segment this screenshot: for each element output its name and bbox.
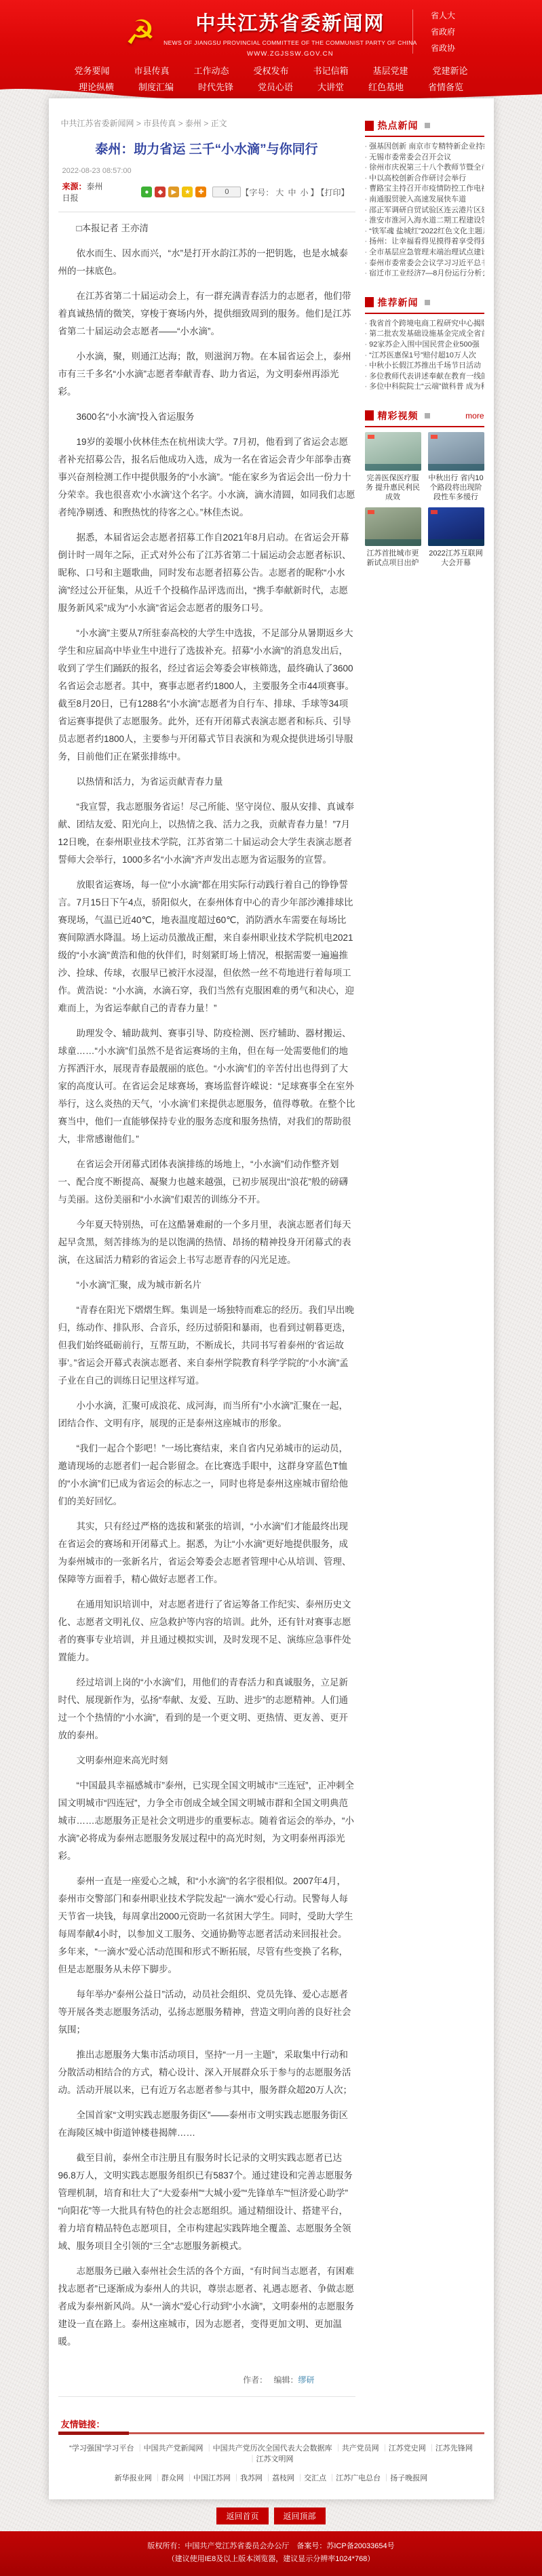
party-emblem-icon: ☭ xyxy=(125,13,155,52)
friend-link[interactable]: 我苏网 xyxy=(233,2474,263,2482)
hot-news-item[interactable]: 淮安市淮河入海水道二期工程建设领导小组第一次 xyxy=(365,216,484,227)
share-icon[interactable]: ▶ xyxy=(168,187,179,197)
breadcrumb-item[interactable]: 中共江苏省委新闻网 xyxy=(61,119,134,128)
article-paragraph: 依水而生、因水而兴，“水”是打开水韵江苏的一把钥匙，也是水城泰州的一抹底色。 xyxy=(58,245,355,280)
article-paragraph: 据悉，本届省运会志愿者招募工作自2021年8月启动。在省运会开幕倒计时一周年之际… xyxy=(58,529,355,617)
article-paragraph: 全国首家“文明实践志愿服务街区”——泰州市文明实践志愿服务街区在海陵区城中街道钟… xyxy=(58,2107,355,2142)
recommended-news-item[interactable]: 多位中科院院士“云端”做科普 成为科普领域新 xyxy=(365,382,484,393)
article-paragraph: 在江苏省第二十届运动会上，有一群充满青春活力的志愿者，他们带着真诚热情的微笑，穿… xyxy=(58,288,355,340)
site-url: WWW.ZGJSSW.GOV.CN xyxy=(163,50,417,58)
video-thumbnail[interactable] xyxy=(428,432,484,471)
nav-item[interactable]: 省情备览 xyxy=(428,80,463,93)
share-icon[interactable]: ★ xyxy=(182,187,193,197)
video-card[interactable]: 完善医保医疗服务 提升惠民利民成效 xyxy=(365,432,421,502)
nav-item[interactable]: 党建新论 xyxy=(433,64,468,77)
section-square-icon xyxy=(425,300,430,305)
article-meta: 来源：泰州日报 ● ◆ ▶ ★ ✚ 0 【字号：大中小】【打印】 xyxy=(62,180,351,203)
recommended-news-item[interactable]: 92家苏企入围中国民营企业500强 xyxy=(365,340,484,351)
video-grid: 完善医保医疗服务 提升惠民利民成效 中秋出行 省内10个路段将出现阶段性车多缓行… xyxy=(365,432,484,568)
hot-news-item[interactable]: 邵正军调研自贸试验区连云港片区建设工作 xyxy=(365,206,484,216)
hot-news-item[interactable]: 强基因创新 南京市专精特新企业持续涌现 xyxy=(365,142,484,153)
hot-news-item[interactable]: 全市基层应急管理末端治理试点建设推广部署会召 xyxy=(365,248,484,258)
nav-row-1: 党务要闻 市县传真 工作动态 受权发布 书记信箱 基层党建 党建新论 xyxy=(0,64,542,77)
video-thumbnail[interactable] xyxy=(365,432,421,471)
sidebar: 热点新闻 强基因创新 南京市专精特新企业持续涌现 无锡市委常委会召开会议 徐州市… xyxy=(365,102,484,2415)
fontsize-option[interactable]: 中 xyxy=(286,188,298,197)
section-square-icon xyxy=(425,413,430,418)
article-paragraph: 以热情和活力，为省运贡献青春力量 xyxy=(58,773,355,791)
friend-links-section: 友情链接： “学习强国”学习平台 中国共产党新闻网 中国共产党历次全国代表大会数… xyxy=(58,2417,484,2493)
friend-link[interactable]: 中国江苏网 xyxy=(186,2474,231,2482)
friend-links-row-1: “学习强国”学习平台 中国共产党新闻网 中国共产党历次全国代表大会数据库 共产党… xyxy=(58,2442,484,2464)
article-paragraph: 经过培训上岗的“小水滴”们，用他们的青春活力和真诚服务，立足新时代、展现新作为，… xyxy=(58,1674,355,1744)
section-square-icon xyxy=(425,123,430,128)
article-paragraph: 在省运会开闭幕式团体表演排练的场地上，“小水滴”们动作整齐划一、配合度不断提高、… xyxy=(58,1156,355,1209)
site-header: ☭ 中共江苏省委新闻网 NEWS OF JIANGSU PROVINCIAL C… xyxy=(0,0,542,84)
fontsize-suffix: 】 xyxy=(310,188,318,197)
back-buttons: 返回首页 返回顶部 xyxy=(0,2507,542,2524)
article-paragraph: 放眼省运赛场，每一位“小水滴”都在用实际行动践行着自己的铮铮誓言。7月15日下午… xyxy=(58,876,355,1017)
recommended-news-item[interactable]: 第二批农发基础设施基金完成全省首笔投放 xyxy=(365,329,484,340)
fontsize-controls: 【字号：大中小】【打印】 xyxy=(241,187,351,198)
article-paragraph: “中国最具幸福感城市”泰州，已实现全国文明城市“三连冠”，正冲刺全国文明城市“四… xyxy=(58,1777,355,1865)
hot-news-item[interactable]: 南通服贸驶入高速发展快车道 xyxy=(365,195,484,206)
recommended-news-item[interactable]: “江苏医惠保1号”赔付超10万人次 xyxy=(365,351,484,362)
nav-item[interactable]: 时代先锋 xyxy=(198,80,233,93)
hot-news-item[interactable]: 扬州：让幸福看得见摸得着享受得到 xyxy=(365,237,484,248)
hot-news-title: 热点新闻 xyxy=(378,119,419,132)
nav-item[interactable]: 受权发布 xyxy=(253,64,288,77)
nav-item[interactable]: 制度汇编 xyxy=(138,80,174,93)
nav-row-2: 理论纵横 制度汇编 时代先锋 党员心语 大讲堂 红色基地 省情备览 xyxy=(0,80,542,93)
section-bar-icon xyxy=(365,410,374,421)
article-paragraph: 今年夏天特别热，可在这酷暑难耐的一个多月里，表演志愿者们每天起早贪黑，刻苦排练为… xyxy=(58,1216,355,1269)
site-footer: 版权所有：中国共产党江苏省委员会办公厅 备案号：苏ICP备20033654号 （… xyxy=(0,2531,542,2576)
site-subtitle: NEWS OF JIANGSU PROVINCIAL COMMITTEE OF … xyxy=(163,39,417,46)
copyright-line: 版权所有：中国共产党江苏省委员会办公厅 备案号：苏ICP备20033654号 xyxy=(0,2540,542,2553)
article-end-divider xyxy=(58,2396,355,2397)
comment-counter[interactable]: 0 xyxy=(212,187,241,197)
recommended-news-title: 推荐新闻 xyxy=(378,296,419,309)
video-more-link[interactable]: more xyxy=(465,411,484,421)
friend-links-label: 友情链接： xyxy=(61,2417,484,2430)
share-icon[interactable]: ● xyxy=(141,187,152,197)
gov-link[interactable]: 省政协 xyxy=(431,42,455,54)
article-paragraph: “我宣誓，我志愿服务省运！尽己所能、坚守岗位、服从安排、真诚奉献、团结友爱、阳光… xyxy=(58,798,355,869)
article-paragraph: 志愿服务已融入泰州社会生活的各个方面，“有时间当志愿者，有困难找志愿者”已逐渐成… xyxy=(58,2263,355,2351)
nav-item[interactable]: 市县传真 xyxy=(134,64,169,77)
hot-news-item[interactable]: “铁军魂 盐城红”2022红色文化主题月活动发布 xyxy=(365,227,484,237)
page-title: 泰州：助力省运 三千“小水滴”与你同行 xyxy=(62,141,351,159)
back-button[interactable]: 返回首页 xyxy=(216,2507,268,2524)
friend-link[interactable]: 江苏先锋网 xyxy=(428,2444,473,2453)
recommended-news-item[interactable]: 我省首个跨境电商工程研究中心揭牌 xyxy=(365,319,484,330)
editor-name[interactable]: 缪研 xyxy=(298,2375,314,2385)
article-paragraph: 助理发令、辅助裁判、赛事引导、防疫检测、医疗辅助、器材搬运、球童……“小水滴”们… xyxy=(58,1025,355,1148)
friend-links-rule xyxy=(58,2432,484,2434)
share-icons: ● ◆ ▶ ★ ✚ 0 xyxy=(141,187,241,197)
fontsize-option[interactable]: 小 xyxy=(298,188,310,197)
video-card[interactable]: 江苏首批城市更新试点项目出炉 xyxy=(365,507,421,568)
article-paragraph: 其实，只有经过严格的选拔和紧张的培训，“小水滴”们才能最终出现在省运会的赛场和开… xyxy=(58,1518,355,1588)
hot-news-item[interactable]: 泰州市委常委会会议学习习近平总书记近期重要讲 xyxy=(365,258,484,269)
section-bar-icon xyxy=(365,297,374,307)
article-paragraph: “小水滴”主要从7所驻泰高校的大学生中选拔，不足部分从暑期返乡大学生和应届高中毕… xyxy=(58,625,355,766)
video-thumbnail[interactable] xyxy=(428,507,484,546)
source-label: 来源： xyxy=(62,182,87,191)
print-button[interactable]: 【打印】 xyxy=(318,188,351,197)
gov-link[interactable]: 省政府 xyxy=(431,26,455,37)
article-paragraph: 在通用知识培训中，对志愿者进行了省运筹备工作纪实、泰州历史文化、志愿者文明礼仪、… xyxy=(58,1596,355,1666)
back-button[interactable]: 返回顶部 xyxy=(274,2507,326,2524)
hot-news-section: 热点新闻 强基因创新 南京市专精特新企业持续涌现 无锡市委常委会召开会议 徐州市… xyxy=(365,119,484,279)
video-caption: 2022江苏互联网大会开幕 xyxy=(428,549,484,568)
friend-link[interactable]: 中国共产党历次全国代表大会数据库 xyxy=(206,2444,332,2453)
hot-news-item[interactable]: 无锡市委常委会召开会议 xyxy=(365,153,484,163)
breadcrumb-item[interactable]: 泰州 xyxy=(178,119,201,128)
article-paragraph: “小水滴”汇聚，成为城市新名片 xyxy=(58,1276,355,1294)
article-paragraph: 每年举办“泰州公益日”活动，动员社会组织、党员先锋、爱心志愿者等开展各类志愿服务… xyxy=(58,1986,355,2039)
nav-item[interactable]: 党务要闻 xyxy=(74,64,109,77)
article-paragraph: 3600名“小水滴”投入省运服务 xyxy=(58,408,355,426)
video-caption: 完善医保医疗服务 提升惠民利民成效 xyxy=(365,473,421,502)
video-thumbnail[interactable] xyxy=(365,507,421,546)
article-body: □本报记者 王亦清 依水而生、因水而兴，“水”是打开水韵江苏的一把钥匙，也是水城… xyxy=(58,220,355,2351)
breadcrumb: 中共江苏省委新闻网 市县传真 泰州 正文 xyxy=(61,117,355,129)
recommended-news-item[interactable]: 多位教师代表讲述奉献在教育一线的动人故事 xyxy=(365,372,484,383)
gov-link[interactable]: 省人大 xyxy=(431,9,455,21)
fontsize-option[interactable]: 大 xyxy=(273,188,286,197)
friend-link[interactable]: 江苏文明网 xyxy=(249,2455,294,2463)
editor-label: 编辑： xyxy=(273,2375,298,2385)
nav-item[interactable]: 理论纵横 xyxy=(79,80,114,93)
article-paragraph: “青春在阳光下熠熠生辉。集训是一场独特而难忘的经历。我们早出晚归，练动作、排队形… xyxy=(58,1302,355,1390)
video-section: 精彩视频 more 完善医保医疗服务 提升惠民利民成效 中秋出行 省内10个路段… xyxy=(365,409,484,568)
article-column: 中共江苏省委新闻网 市县传真 泰州 正文 泰州：助力省运 三千“小水滴”与你同行… xyxy=(58,102,355,2415)
article-paragraph: 小水滴，聚，则通江达海；散，则滋润万物。在本届省运会上，泰州市有三千多名“小水滴… xyxy=(58,348,355,401)
friend-link[interactable]: 扬子晚报网 xyxy=(383,2474,427,2482)
article-paragraph: 19岁的姜堰小伙林佳杰在杭州读大学。7月初，他看到了省运会志愿者补充招募公告，报… xyxy=(58,433,355,522)
nav-item[interactable]: 红色基地 xyxy=(368,80,404,93)
recommended-news-item[interactable]: 中秋小长假江苏推出千场节日活动 xyxy=(365,361,484,372)
hot-news-list: 强基因创新 南京市专精特新企业持续涌现 无锡市委常委会召开会议 徐州市庆祝第三十… xyxy=(365,142,484,279)
meta-divider xyxy=(58,212,355,212)
friend-links-row-2: 新华报业网 群众网 中国江苏网 我苏网 荔枝网 交汇点 江苏广电总台 扬子晚报网 xyxy=(58,2472,484,2483)
friend-link[interactable]: 群众网 xyxy=(154,2474,184,2482)
nav-item[interactable]: 基层党建 xyxy=(373,64,408,77)
author-label: 作者： xyxy=(243,2375,263,2385)
friend-link[interactable]: 新华报业网 xyxy=(115,2474,152,2482)
article-paragraph: 文明泰州迎来高光时刻 xyxy=(58,1752,355,1770)
friend-link[interactable]: “学习强国”学习平台 xyxy=(69,2444,134,2453)
recommended-news-section: 推荐新闻 我省首个跨境电商工程研究中心揭牌 第二批农发基础设施基金完成全省首笔投… xyxy=(365,296,484,393)
article-date: 2022-08-23 08:57:00 xyxy=(62,167,355,175)
hot-news-item[interactable]: 中以高校创新合作研讨会举行 xyxy=(365,174,484,184)
section-bar-icon xyxy=(365,121,374,131)
nav-item[interactable]: 党员心语 xyxy=(258,80,293,93)
article-paragraph: 截至目前，泰州全市注册且有服务时长记录的文明实践志愿者已达96.8万人，文明实践… xyxy=(58,2149,355,2255)
video-caption: 中秋出行 省内10个路段将出现阶段性车多缓行 xyxy=(428,473,484,502)
main-nav: 党务要闻 市县传真 工作动态 受权发布 书记信箱 基层党建 党建新论 理论纵横 … xyxy=(0,64,542,93)
friend-link[interactable]: 江苏广电总台 xyxy=(328,2474,381,2482)
friend-link[interactable]: 共产党员网 xyxy=(334,2444,379,2453)
page-container: 中共江苏省委新闻网 市县传真 泰州 正文 泰州：助力省运 三千“小水滴”与你同行… xyxy=(49,98,494,2499)
gov-links: 省人大 省政府 省政协 xyxy=(412,9,455,54)
site-title: 中共江苏省委新闻网 xyxy=(163,8,417,36)
video-section-title: 精彩视频 xyxy=(378,409,419,423)
video-card[interactable]: 2022江苏互联网大会开幕 xyxy=(428,507,484,568)
friend-link[interactable]: 交汇点 xyxy=(296,2474,326,2482)
video-caption: 江苏首批城市更新试点项目出炉 xyxy=(365,549,421,568)
breadcrumb-item[interactable]: 正文 xyxy=(204,119,227,128)
breadcrumb-item[interactable]: 市县传真 xyxy=(136,119,176,128)
article-paragraph: “我们一起合个影吧！”一场比赛结束，来自省内兄弟城市的运动员，邀请现场的志愿者们… xyxy=(58,1440,355,1510)
article-paragraph: □本报记者 王亦清 xyxy=(58,220,355,237)
article-paragraph: 推出志愿服务大集市活动项目，坚持“一月一主题”，采取集中行动和分散活动相结合的方… xyxy=(58,2046,355,2099)
recommended-news-list: 我省首个跨境电商工程研究中心揭牌 第二批农发基础设施基金完成全省首笔投放 92家… xyxy=(365,319,484,393)
hot-news-item[interactable]: 徐州市庆祝第三十八个教师节暨全市教育高质量发 xyxy=(365,163,484,174)
nav-item[interactable]: 书记信箱 xyxy=(313,64,349,77)
fontsize-prefix: 【字号： xyxy=(241,188,273,197)
video-card[interactable]: 中秋出行 省内10个路段将出现阶段性车多缓行 xyxy=(428,432,484,502)
article-paragraph: 小小水滴，汇聚可成浪花、成河海，而当所有“小水滴”汇聚在一起，团结合作、文明有序… xyxy=(58,1397,355,1432)
friend-link[interactable]: 中国共产党新闻网 xyxy=(136,2444,204,2453)
share-icon[interactable]: ◆ xyxy=(155,187,166,197)
article-paragraph: 泰州一直是一座爱心之城，和“小水滴”的名字很相似。2007年4月，泰州市交警部门… xyxy=(58,1873,355,1978)
author-row: 作者： 编辑：缪研 xyxy=(58,2374,315,2385)
friend-link[interactable]: 江苏党史网 xyxy=(381,2444,426,2453)
hot-news-item[interactable]: 宿迁市工业经济7—8月份运行分析会召开 xyxy=(365,269,484,279)
nav-item[interactable]: 工作动态 xyxy=(193,64,229,77)
browser-advice-line: （建议使用IE8及以上版本浏览器，建议显示分辨率1024*768） xyxy=(0,2553,542,2566)
friend-link[interactable]: 荔枝网 xyxy=(265,2474,294,2482)
share-icon[interactable]: ✚ xyxy=(195,187,206,197)
nav-item[interactable]: 大讲堂 xyxy=(317,80,344,93)
hot-news-item[interactable]: 曹路宝主持召开市疫情防控工作电视电话会议 xyxy=(365,184,484,195)
